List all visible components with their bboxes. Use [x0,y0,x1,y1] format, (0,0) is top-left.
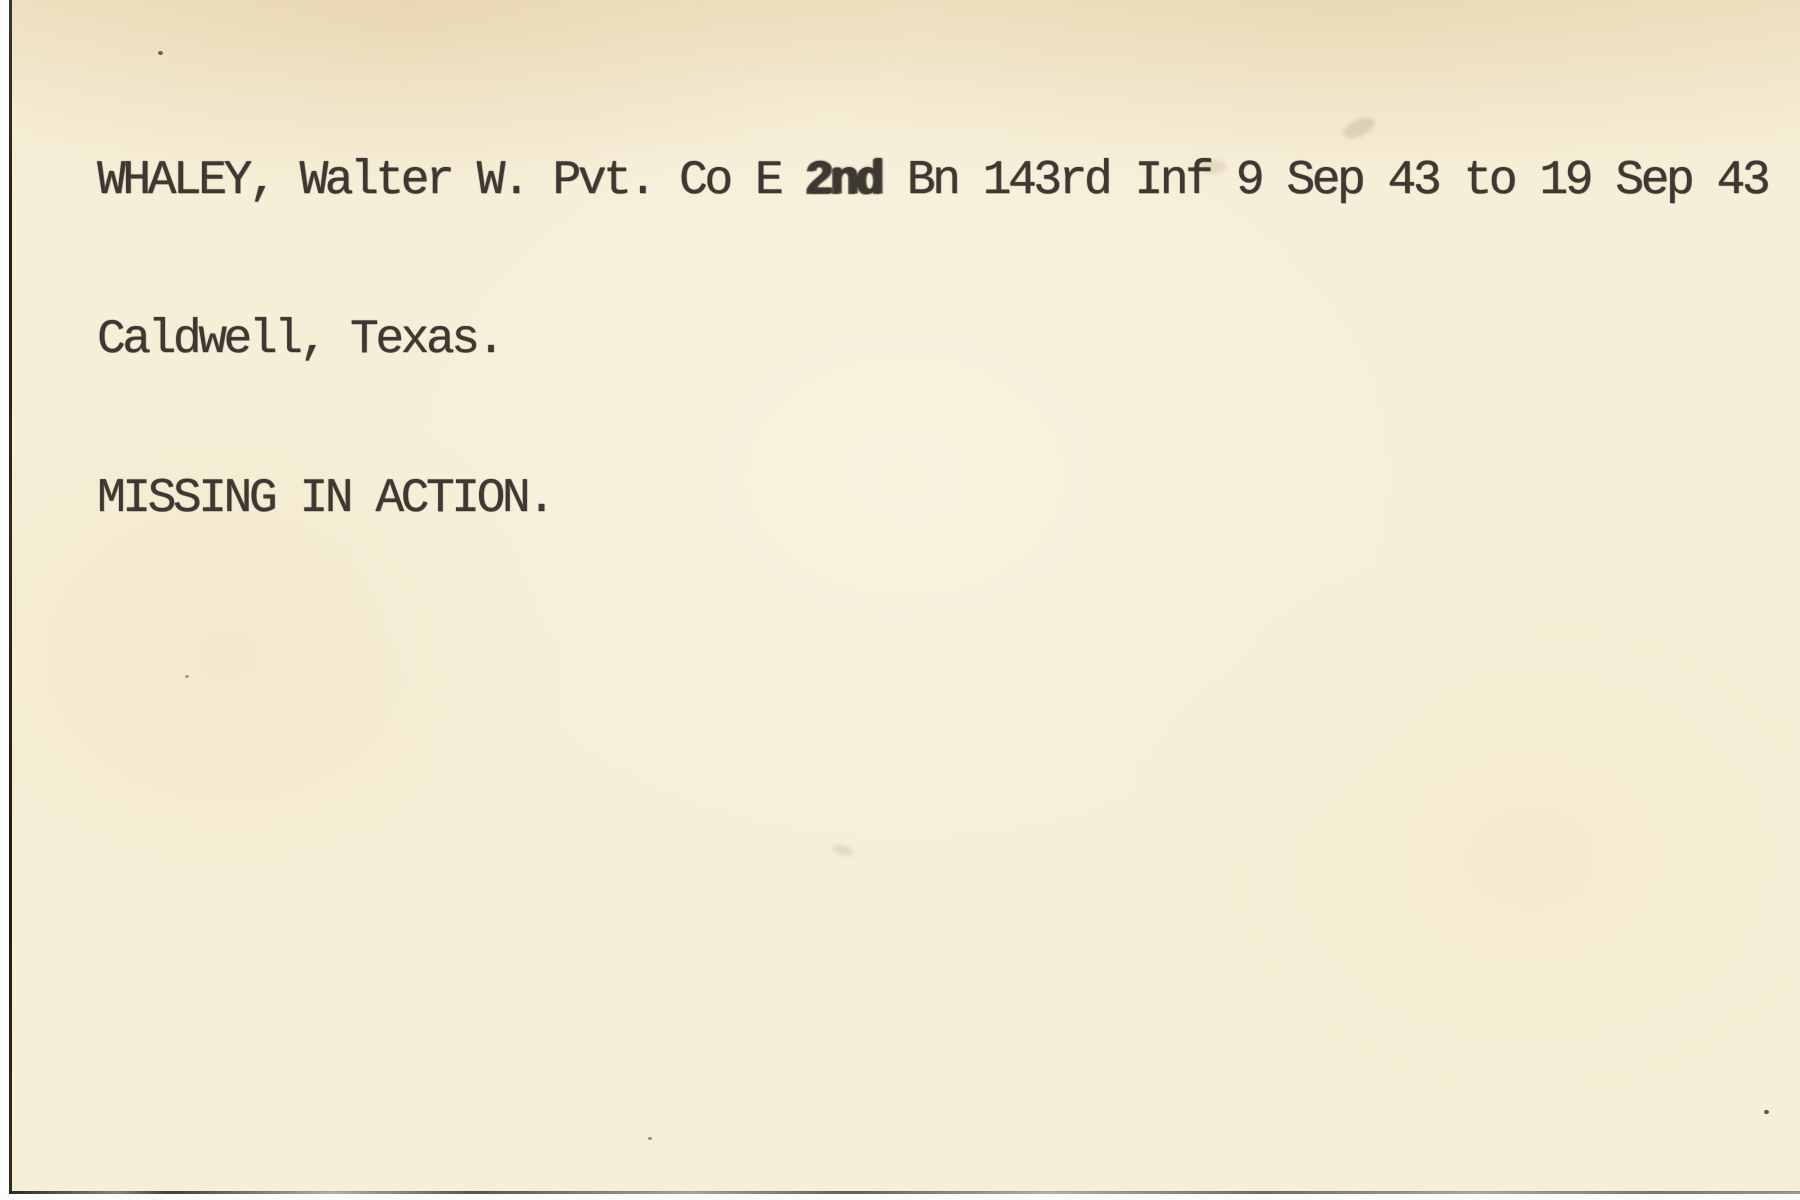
typed-text-block: WHALEY, Walter W. Pvt. Co E 2nd Bn 143rd… [97,49,1767,632]
paper-speck [1764,1110,1769,1114]
scan-page: WHALEY, Walter W. Pvt. Co E 2nd Bn 143rd… [0,0,1800,1200]
line1-prefix: WHALEY, Walter W. Pvt. Co E [97,154,806,208]
scanner-bottom-margin [0,1194,1800,1200]
paper-smudge [831,842,855,857]
line1-suffix: Bn 143rd Inf 9 Sep 43 to 19 Sep 43 [881,154,1767,208]
card-left-edge [9,0,12,1193]
typed-line-2: Caldwell, Texas. [97,314,1767,367]
paper-speck [648,1137,652,1140]
paper-speck [185,675,189,678]
typed-line-1: WHALEY, Walter W. Pvt. Co E 2nd Bn 143rd… [97,155,1767,208]
typed-line-3: MISSING IN ACTION. [97,473,1767,526]
index-card: WHALEY, Walter W. Pvt. Co E 2nd Bn 143rd… [12,0,1800,1192]
card-bottom-edge [9,1191,1800,1194]
scanner-left-margin [0,0,9,1200]
line1-overstruck-word: 2nd [806,154,882,208]
